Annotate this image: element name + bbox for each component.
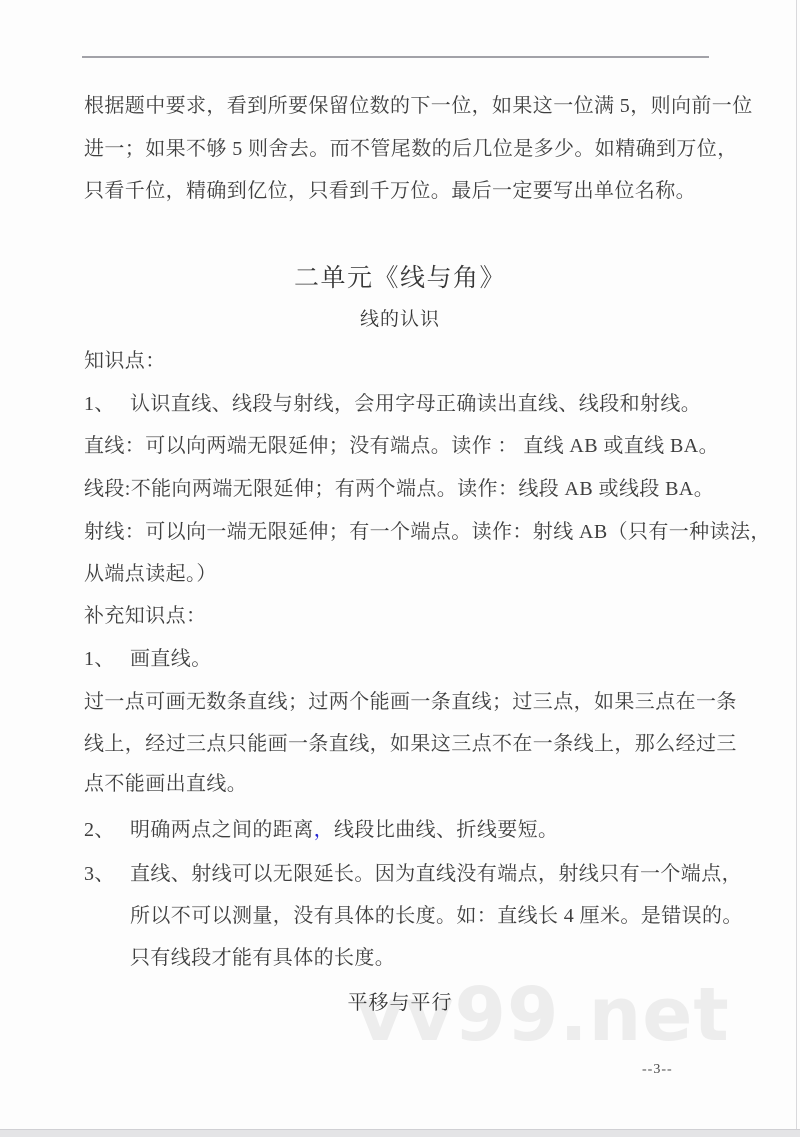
- supplement-heading: 补充知识点：: [84, 603, 206, 629]
- supplement-item-3-line-2: 所以不可以测量，没有具体的长度。如：直线长 4 厘米。是错误的。: [130, 903, 743, 929]
- list-item-text: 明确两点之间的距离: [130, 819, 314, 841]
- next-section-title: 平移与平行: [0, 986, 800, 1015]
- section-subtitle: 线的认识: [0, 304, 800, 331]
- supplement-item-1-body-2: 线上，经过三点只能画一条直线，如果这三点不在一条线上，那么经过三: [84, 731, 737, 757]
- definition-segment: 线段:不能向两端无限延伸；有两个端点。读作：线段 AB 或线段 BA。: [84, 476, 714, 502]
- supplement-item-1: 1、画直线。: [84, 646, 212, 672]
- header-rule: [82, 56, 709, 58]
- list-item-text: 线段比曲线、折线要短。: [334, 819, 558, 841]
- intro-line-3: 只看千位，精确到亿位，只看到千万位。最后一定要写出单位名称。: [84, 178, 696, 204]
- page-edge-right: [796, 0, 797, 1137]
- list-item-number: 1、: [84, 646, 130, 672]
- blue-comma: ，: [314, 819, 334, 841]
- section-title: 二单元《线与角》: [0, 258, 800, 294]
- document-page: 根据题中要求，看到所要保留位数的下一位，如果这一位满 5，则向前一位 进一；如果…: [0, 0, 800, 1137]
- list-item-text: 画直线。: [130, 648, 212, 670]
- intro-line-2: 进一；如果不够 5 则舍去。而不管尾数的后几位是多少。如精确到万位，: [84, 136, 738, 162]
- supplement-item-1-body-1: 过一点可画无数条直线；过两个能画一条直线；过三点，如果三点在一条: [84, 689, 737, 715]
- supplement-item-1-body-3: 点不能画出直线。: [84, 771, 247, 797]
- definition-straight-line: 直线：可以向两端无限延伸；没有端点。读作 ： 直线 AB 或直线 BA。: [84, 433, 719, 459]
- definition-ray-line-2: 从端点读起。）: [84, 561, 217, 587]
- intro-line-1: 根据题中要求，看到所要保留位数的下一位，如果这一位满 5，则向前一位: [84, 93, 753, 119]
- page-edge-bottom: [0, 1129, 800, 1137]
- supplement-item-2: 2、明确两点之间的距离，线段比曲线、折线要短。: [84, 817, 558, 843]
- list-item-text: 直线、射线可以无限延长。因为直线没有端点，射线只有一个端点，: [130, 863, 742, 885]
- list-item-text: 认识直线、线段与射线，会用字母正确读出直线、线段和射线。: [130, 393, 701, 415]
- definition-ray-line-1: 射线：可以向一端无限延伸；有一个端点。读作：射线 AB（只有一种读法，: [84, 519, 771, 545]
- page-number: --3--: [642, 1062, 673, 1078]
- list-item-number: 2、: [84, 817, 130, 843]
- knowledge-heading: 知识点：: [84, 348, 166, 374]
- list-item-number: 1、: [84, 391, 130, 417]
- supplement-item-3-line-3: 只有线段才能有具体的长度。: [130, 945, 395, 971]
- knowledge-item-1: 1、认识直线、线段与射线，会用字母正确读出直线、线段和射线。: [84, 391, 701, 417]
- supplement-item-3: 3、直线、射线可以无限延长。因为直线没有端点，射线只有一个端点，: [84, 861, 742, 887]
- list-item-number: 3、: [84, 861, 130, 887]
